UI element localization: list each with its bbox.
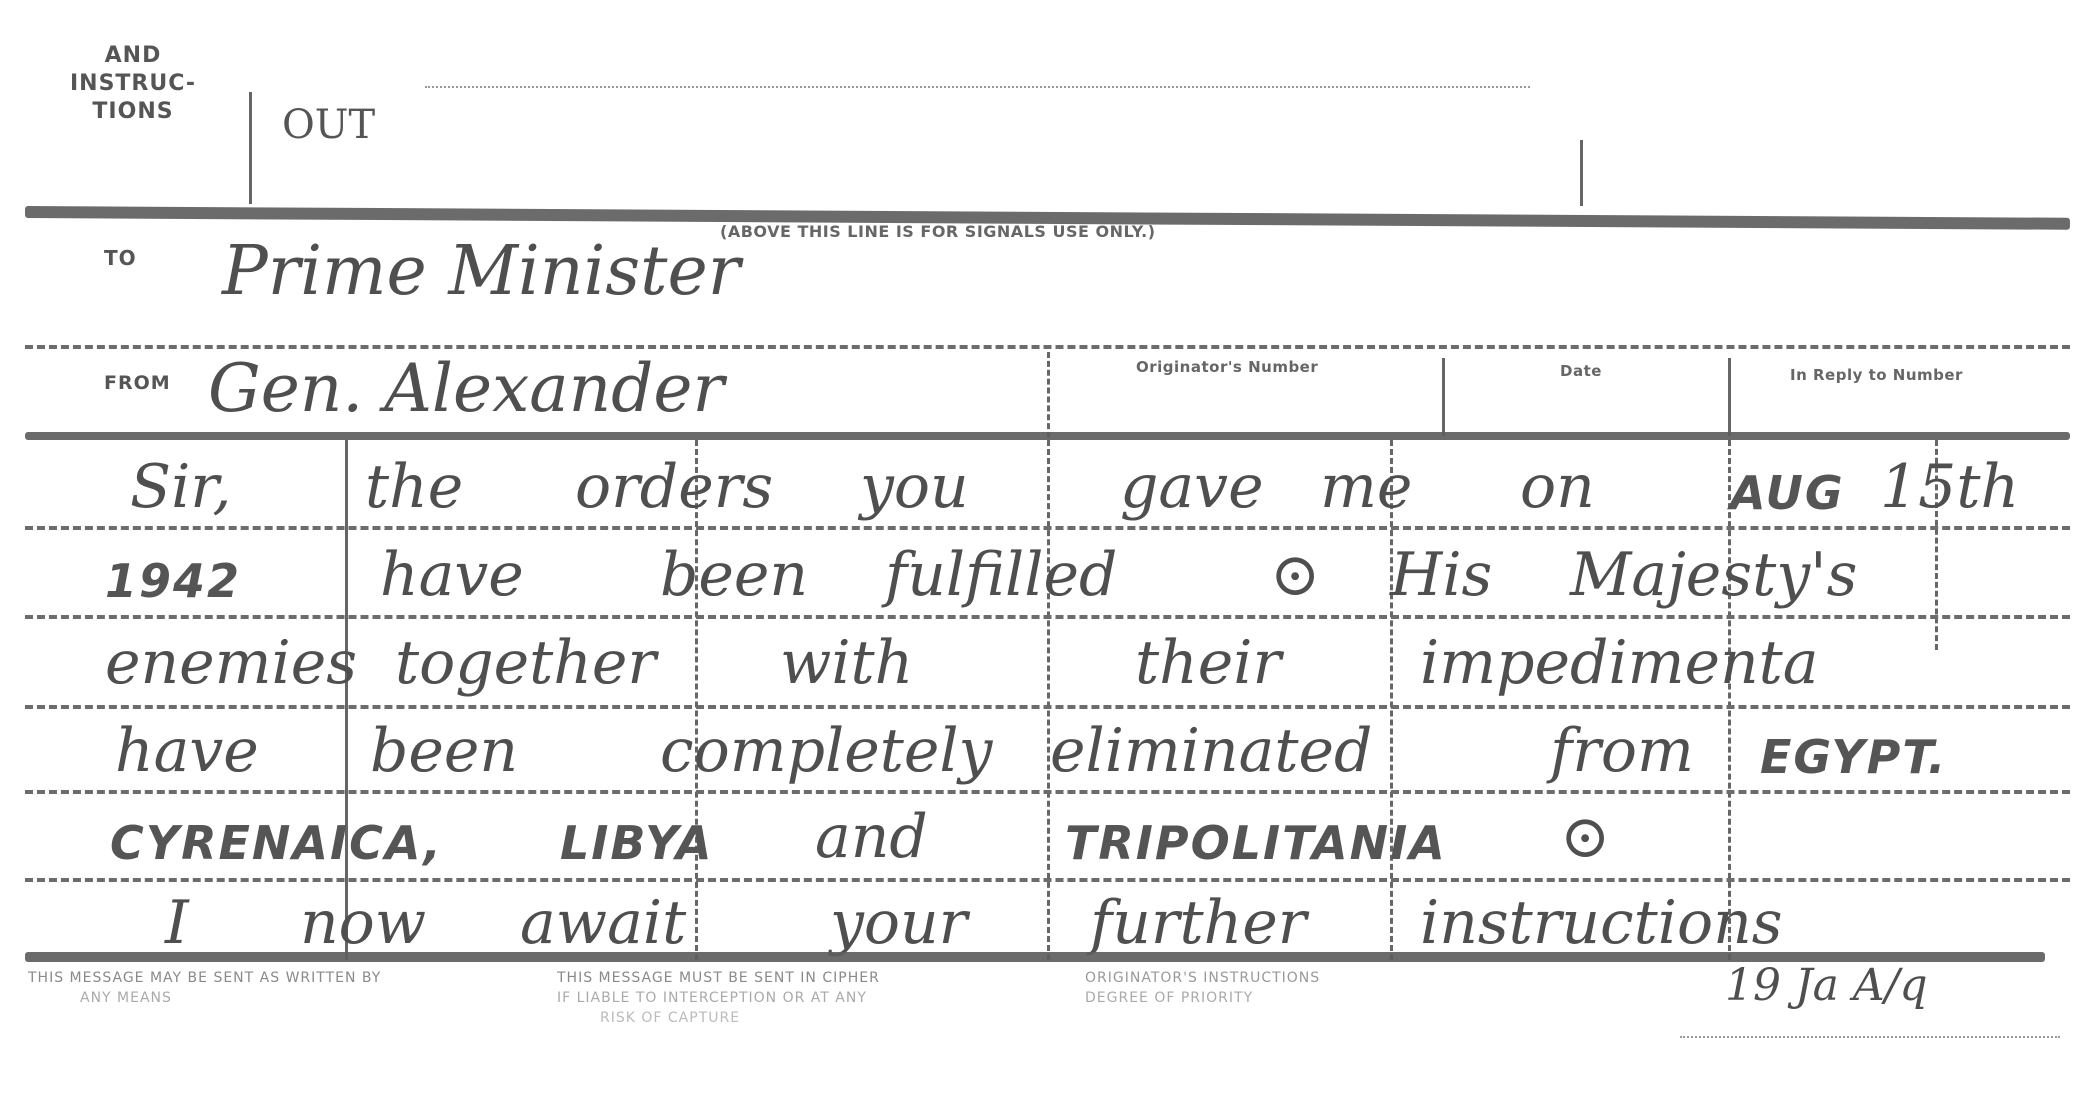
signals-tick <box>1580 140 1583 206</box>
from-col-divider-1 <box>1047 352 1050 438</box>
message-word: from <box>1550 716 1694 786</box>
from-col-divider-3 <box>1728 358 1731 436</box>
instructions-label: AND INSTRUC- TIONS <box>58 42 208 126</box>
in-reply-to-header: In Reply to Number <box>1790 366 1963 384</box>
message-word: ⊙ <box>1270 540 1320 610</box>
instructions-label-line-1: AND <box>58 42 208 70</box>
date-header: Date <box>1560 362 1602 380</box>
message-word: with <box>780 628 913 698</box>
message-word: have <box>380 540 524 610</box>
header-divider <box>249 92 252 204</box>
message-word: you <box>860 452 969 522</box>
message-word: 15th <box>1880 452 2019 522</box>
to-divider <box>25 345 2070 349</box>
message-word: Sir, <box>130 452 231 522</box>
message-top-divider <box>25 432 2070 440</box>
time-of-origin: 19 Ja A/q <box>1725 960 1928 1011</box>
message-word: their <box>1135 628 1281 698</box>
message-word: Majesty's <box>1570 540 1857 610</box>
body-line-5 <box>25 878 2070 882</box>
message-word: ⊙ <box>1560 802 1610 872</box>
direction-label: OUT <box>282 102 375 148</box>
footer-cipher-note-3: RISK OF CAPTURE <box>600 1010 740 1026</box>
message-word: on <box>1520 452 1595 522</box>
message-word: enemies <box>105 628 357 698</box>
message-word: TRIPOLITANIA <box>1065 816 1447 870</box>
message-word: I <box>165 888 189 958</box>
body-col-divider-1 <box>345 440 348 960</box>
footer-cipher-note-2: IF LIABLE TO INTERCEPTION OR AT ANY <box>557 990 867 1006</box>
signals-faint-line <box>425 86 1530 88</box>
message-word: fulfilled <box>885 540 1117 610</box>
message-word: LIBYA <box>560 816 713 870</box>
message-word: impedimenta <box>1420 628 1819 698</box>
message-word: the <box>365 452 463 522</box>
footer-written-note-text: THIS MESSAGE MAY BE SENT AS WRITTEN BY <box>28 970 381 986</box>
footer-originator-note-2: DEGREE OF PRIORITY <box>1085 990 1253 1006</box>
from-label: FROM <box>104 372 171 394</box>
footer-cipher-note: THIS MESSAGE MUST BE SENT IN CIPHER <box>557 970 880 986</box>
message-word: further <box>1090 888 1306 958</box>
message-word: EGYPT. <box>1760 730 1947 784</box>
footer-originator-note: ORIGINATOR'S INSTRUCTIONS <box>1085 970 1320 986</box>
body-line-1 <box>25 526 2070 530</box>
message-word: have <box>115 716 259 786</box>
message-word: me <box>1320 452 1412 522</box>
message-word: CYRENAICA, <box>110 816 443 870</box>
message-word: eliminated <box>1050 716 1372 786</box>
footer-written-note-2: ANY MEANS <box>80 990 172 1006</box>
time-of-origin-line <box>1680 1036 2060 1038</box>
message-word: now <box>300 888 426 958</box>
footer-written-note: THIS MESSAGE MAY BE SENT AS WRITTEN BY <box>28 970 381 986</box>
message-word: been <box>370 716 518 786</box>
message-word: your <box>830 888 967 958</box>
message-word: His <box>1390 540 1492 610</box>
from-value[interactable]: Gen. Alexander <box>208 350 724 427</box>
to-value[interactable]: Prime Minister <box>222 232 740 311</box>
message-word: gave <box>1120 452 1264 522</box>
to-label: TO <box>104 246 137 270</box>
body-line-4 <box>25 790 2070 794</box>
message-word: together <box>395 628 656 698</box>
message-word: await <box>520 888 686 958</box>
signals-note: (ABOVE THIS LINE IS FOR SIGNALS USE ONLY… <box>720 222 1156 241</box>
message-word: completely <box>660 716 992 786</box>
message-word: 1942 <box>105 554 241 608</box>
message-word: been <box>660 540 808 610</box>
body-col-divider-3 <box>1047 440 1050 960</box>
instructions-label-line-2: INSTRUC- <box>58 70 208 98</box>
message-word: AUG <box>1730 466 1845 520</box>
message-word: and <box>815 802 928 872</box>
instructions-label-line-3: TIONS <box>58 98 208 126</box>
from-col-divider-2 <box>1442 358 1445 436</box>
originators-number-header: Originator's Number <box>1136 358 1318 376</box>
message-word: instructions <box>1420 888 1783 958</box>
body-line-3 <box>25 705 2070 709</box>
message-word: orders <box>575 452 773 522</box>
body-line-2 <box>25 615 2070 619</box>
